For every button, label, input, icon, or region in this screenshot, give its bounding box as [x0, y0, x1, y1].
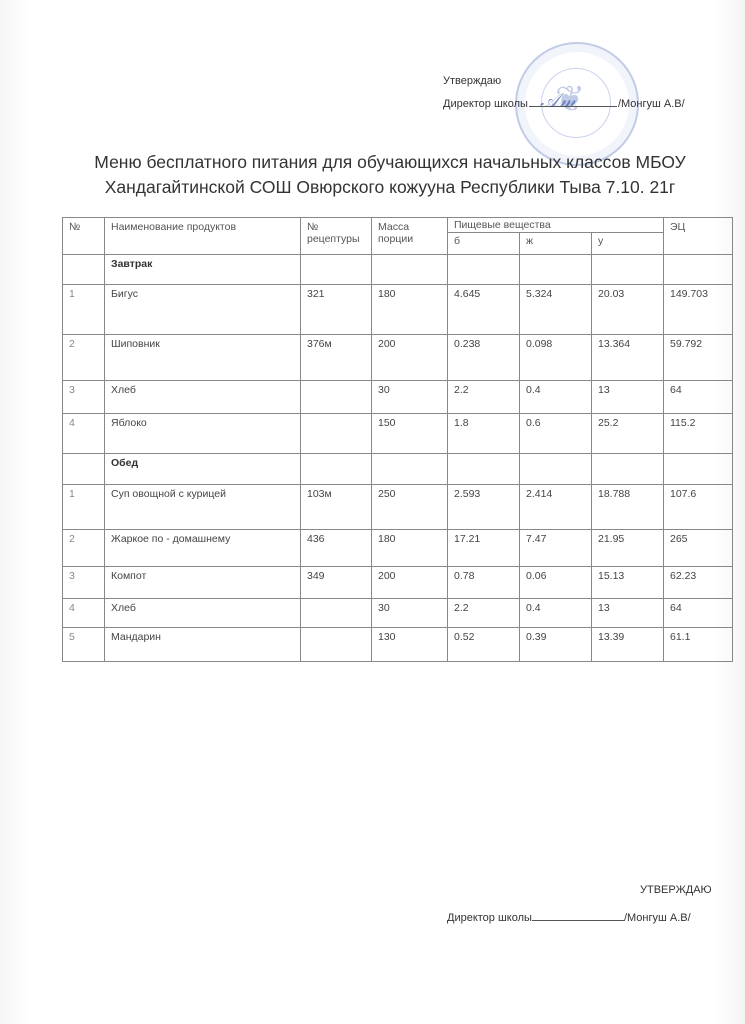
- section-row: Завтрак: [63, 255, 733, 285]
- cell-recipe: 321: [301, 285, 372, 335]
- cell-name: Бигус: [105, 285, 301, 335]
- signature-line-top: [529, 106, 617, 107]
- cell-num: 2: [63, 335, 105, 381]
- cell-ec: 61.1: [664, 628, 733, 662]
- header-ec: ЭЦ: [664, 218, 733, 255]
- cell-name: Хлеб: [105, 599, 301, 628]
- cell-ec: 62.23: [664, 567, 733, 599]
- cell-name: Компот: [105, 567, 301, 599]
- table-row: 3Хлеб302.20.41364: [63, 381, 733, 414]
- cell-name: Суп овощной с курицей: [105, 485, 301, 530]
- cell-num: 4: [63, 414, 105, 454]
- director-label-bottom: Директор школы: [447, 912, 532, 924]
- header-b: б: [448, 233, 520, 255]
- header-recipe: № рецептуры: [301, 218, 372, 255]
- empty-cell: [520, 255, 592, 285]
- cell-recipe: [301, 628, 372, 662]
- table-row: 4Яблоко1501.80.625.2115.2: [63, 414, 733, 454]
- cell-ec: 265: [664, 530, 733, 567]
- menu-table-body: Завтрак1Бигус3211804.6455.32420.03149.70…: [63, 255, 733, 662]
- table-row: 3Компот3492000.780.0615.1362.23: [63, 567, 733, 599]
- cell-b: 0.52: [448, 628, 520, 662]
- section-row: Обед: [63, 454, 733, 485]
- cell-b: 2.593: [448, 485, 520, 530]
- empty-cell: [520, 454, 592, 485]
- cell-u: 25.2: [592, 414, 664, 454]
- header-zh: ж: [520, 233, 592, 255]
- cell-mass: 30: [372, 381, 448, 414]
- cell-zh: 0.6: [520, 414, 592, 454]
- cell-name: Яблоко: [105, 414, 301, 454]
- cell-b: 0.78: [448, 567, 520, 599]
- cell-b: 1.8: [448, 414, 520, 454]
- empty-cell: [664, 255, 733, 285]
- cell-zh: 7.47: [520, 530, 592, 567]
- cell-recipe: [301, 599, 372, 628]
- cell-zh: 0.4: [520, 599, 592, 628]
- approval-label-bottom: УТВЕРЖДАЮ: [640, 884, 712, 896]
- table-row: 2Жаркое по - домашнему43618017.217.4721.…: [63, 530, 733, 567]
- cell-num: 3: [63, 567, 105, 599]
- cell-mass: 250: [372, 485, 448, 530]
- cell-recipe: 349: [301, 567, 372, 599]
- director-name-bottom: /Монгуш А.В/: [624, 912, 691, 924]
- cell-name: Шиповник: [105, 335, 301, 381]
- cell-mass: 180: [372, 530, 448, 567]
- cell-mass: 200: [372, 567, 448, 599]
- menu-table: № Наименование продуктов № рецептуры Мас…: [62, 217, 733, 662]
- empty-cell: [592, 255, 664, 285]
- director-line-top: Директор школы/Монгуш А.В/: [443, 98, 685, 110]
- cell-ec: 64: [664, 381, 733, 414]
- table-row: 4Хлеб302.20.41364: [63, 599, 733, 628]
- table-row: 1Суп овощной с курицей103м2502.5932.4141…: [63, 485, 733, 530]
- cell-recipe: 103м: [301, 485, 372, 530]
- cell-u: 13.364: [592, 335, 664, 381]
- cell-mass: 200: [372, 335, 448, 381]
- cell-u: 20.03: [592, 285, 664, 335]
- cell-recipe: 436: [301, 530, 372, 567]
- cell-ec: 115.2: [664, 414, 733, 454]
- table-row: 2Шиповник376м2000.2380.09813.36459.792: [63, 335, 733, 381]
- cell-u: 13.39: [592, 628, 664, 662]
- cell-num: 5: [63, 628, 105, 662]
- cell-zh: 5.324: [520, 285, 592, 335]
- cell-mass: 180: [372, 285, 448, 335]
- cell-u: 13: [592, 381, 664, 414]
- empty-cell: [372, 255, 448, 285]
- empty-cell: [301, 255, 372, 285]
- approval-label-top: Утверждаю: [443, 75, 501, 87]
- table-row: 1Бигус3211804.6455.32420.03149.703: [63, 285, 733, 335]
- empty-cell: [372, 454, 448, 485]
- director-label-top: Директор школы: [443, 98, 528, 110]
- cell-ec: 64: [664, 599, 733, 628]
- cell-zh: 0.06: [520, 567, 592, 599]
- cell-name: Хлеб: [105, 381, 301, 414]
- cell-zh: 2.414: [520, 485, 592, 530]
- header-u: у: [592, 233, 664, 255]
- cell-num: 2: [63, 530, 105, 567]
- header-mass: Масса порции: [372, 218, 448, 255]
- cell-num: 1: [63, 285, 105, 335]
- table-row: 5Мандарин1300.520.3913.3961.1: [63, 628, 733, 662]
- director-name-top: /Монгуш А.В/: [618, 98, 685, 110]
- empty-cell: [592, 454, 664, 485]
- empty-cell: [301, 454, 372, 485]
- cell-b: 17.21: [448, 530, 520, 567]
- cell-u: 15.13: [592, 567, 664, 599]
- cell-recipe: 376м: [301, 335, 372, 381]
- cell-num: 4: [63, 599, 105, 628]
- cell-recipe: [301, 381, 372, 414]
- header-nutrients: Пищевые вещества: [448, 218, 664, 233]
- cell-zh: 0.098: [520, 335, 592, 381]
- empty-cell: [63, 454, 105, 485]
- cell-ec: 149.703: [664, 285, 733, 335]
- cell-mass: 30: [372, 599, 448, 628]
- header-name: Наименование продуктов: [105, 218, 301, 255]
- cell-name: Мандарин: [105, 628, 301, 662]
- header-num: №: [63, 218, 105, 255]
- cell-name: Жаркое по - домашнему: [105, 530, 301, 567]
- cell-b: 4.645: [448, 285, 520, 335]
- cell-ec: 107.6: [664, 485, 733, 530]
- cell-u: 21.95: [592, 530, 664, 567]
- section-label: Обед: [105, 454, 301, 485]
- title-line-1: Меню бесплатного питания для обучающихся…: [60, 150, 720, 175]
- cell-zh: 0.4: [520, 381, 592, 414]
- signature-line-bottom: [532, 920, 624, 921]
- cell-u: 18.788: [592, 485, 664, 530]
- cell-mass: 150: [372, 414, 448, 454]
- cell-ec: 59.792: [664, 335, 733, 381]
- cell-num: 3: [63, 381, 105, 414]
- cell-recipe: [301, 414, 372, 454]
- empty-cell: [664, 454, 733, 485]
- cell-b: 2.2: [448, 599, 520, 628]
- empty-cell: [63, 255, 105, 285]
- section-label: Завтрак: [105, 255, 301, 285]
- cell-zh: 0.39: [520, 628, 592, 662]
- cell-b: 2.2: [448, 381, 520, 414]
- empty-cell: [448, 454, 520, 485]
- cell-u: 13: [592, 599, 664, 628]
- title-line-2: Хандагайтинской СОШ Овюрского кожууна Ре…: [60, 175, 720, 200]
- cell-mass: 130: [372, 628, 448, 662]
- director-line-bottom: Директор школы/Монгуш А.В/: [447, 912, 691, 924]
- empty-cell: [448, 255, 520, 285]
- cell-b: 0.238: [448, 335, 520, 381]
- cell-num: 1: [63, 485, 105, 530]
- document-title: Меню бесплатного питания для обучающихся…: [60, 150, 720, 200]
